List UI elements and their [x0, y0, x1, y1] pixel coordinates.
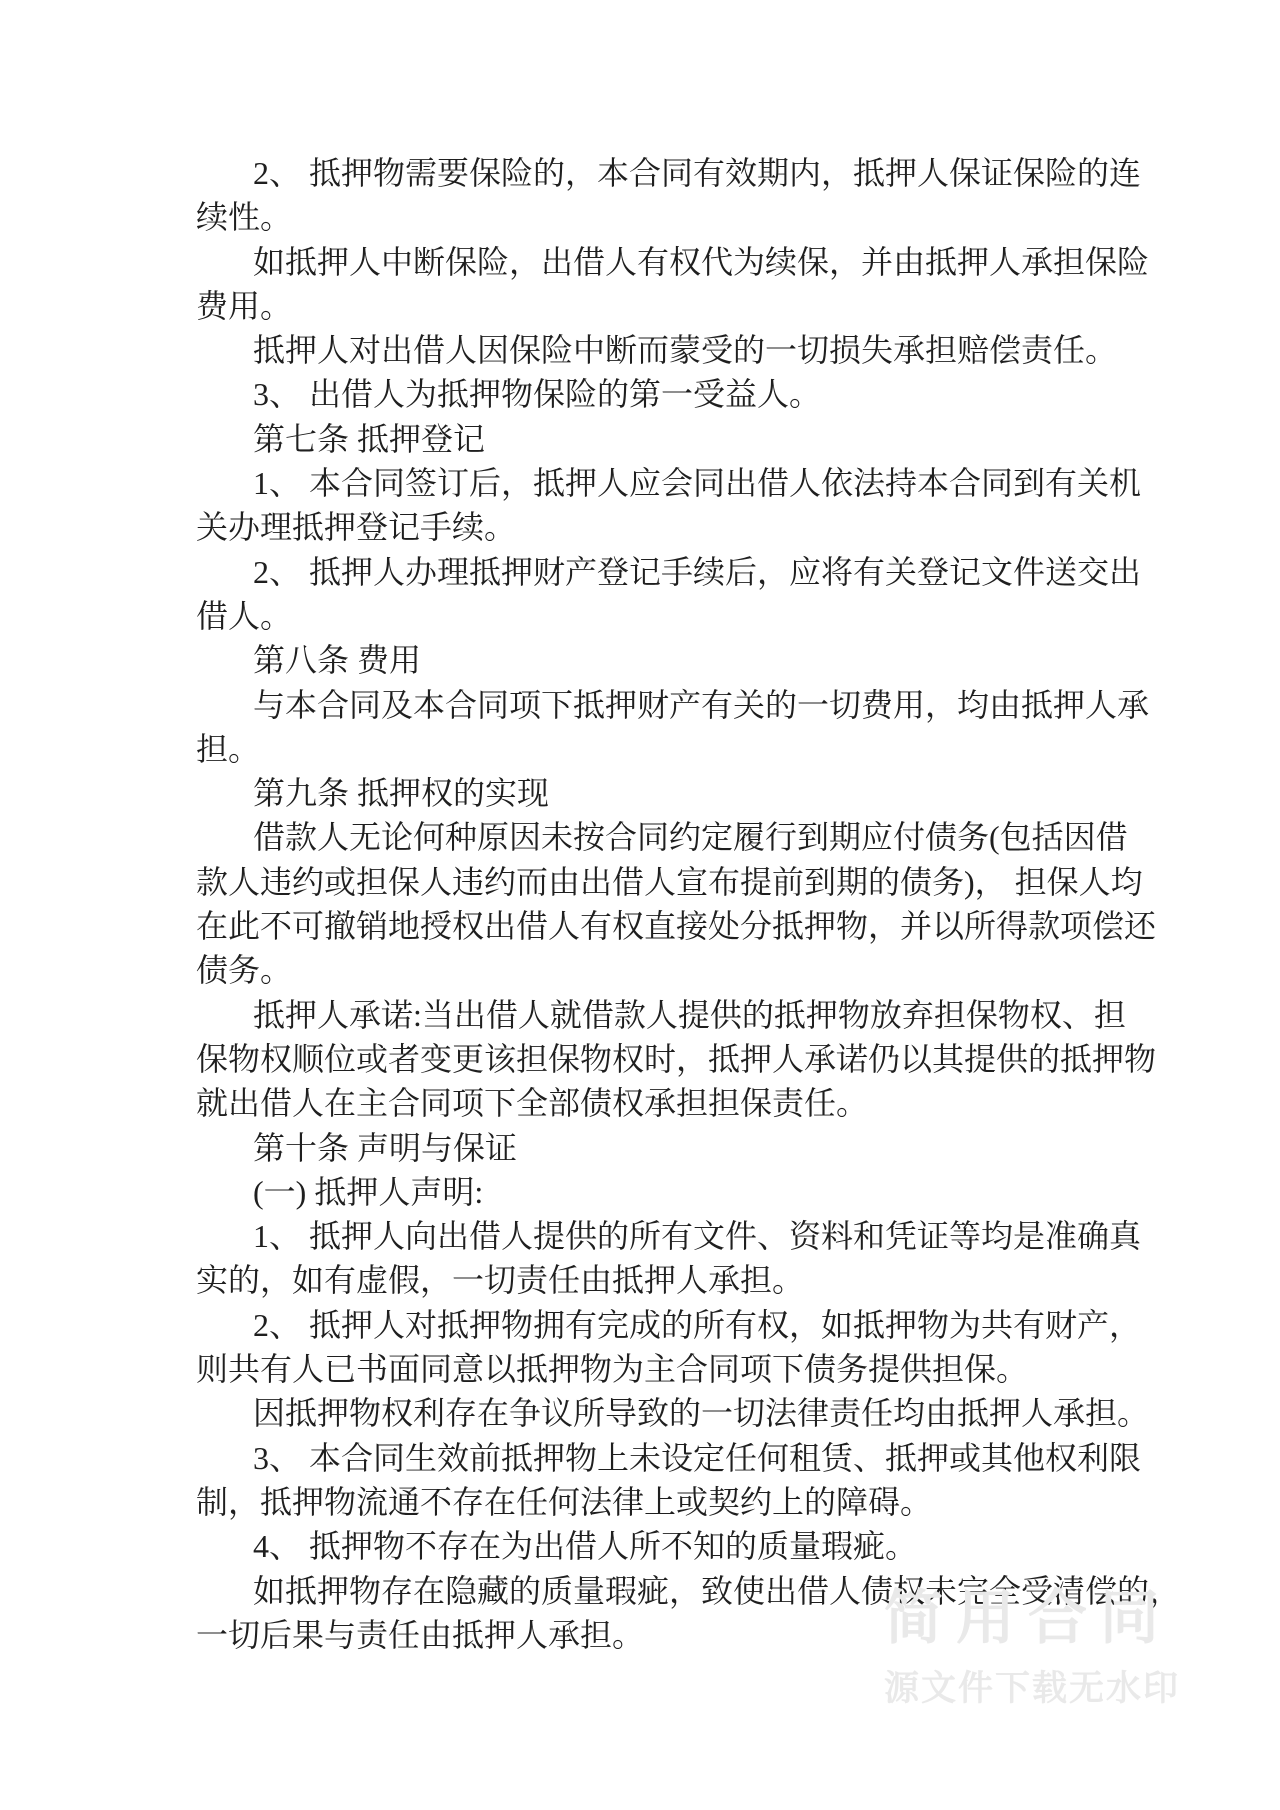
contract-line: 第七条 抵押登记 — [196, 417, 1146, 461]
contract-line: 因抵押物权利存在争议所导致的一切法律责任均由抵押人承担。 — [196, 1391, 1146, 1435]
contract-line: 第十条 声明与保证 — [196, 1126, 1146, 1170]
contract-line: 关办理抵押登记手续。 — [196, 505, 1146, 549]
contract-line: 2、 抵押人对抵押物拥有完成的所有权，如抵押物为共有财产， — [196, 1303, 1146, 1347]
contract-line: (一) 抵押人声明: — [196, 1170, 1146, 1214]
contract-line: 担。 — [196, 727, 1146, 771]
contract-line: 1、 本合同签订后，抵押人应会同出借人依法持本合同到有关机 — [196, 461, 1146, 505]
watermark-subtitle: 源文件下载无水印 — [884, 1671, 1184, 1707]
contract-page: 2、 抵押物需要保险的，本合同有效期内，抵押人保证保险的连续性。如抵押人中断保险… — [0, 0, 1280, 1810]
contract-line: 费用。 — [196, 284, 1146, 328]
contract-line: 款人违约或担保人违约而由出借人宣布提前到期的债务)， 担保人均 — [196, 860, 1146, 904]
contract-line: 一切后果与责任由抵押人承担。 — [196, 1613, 1146, 1657]
contract-line: 1、 抵押人向出借人提供的所有文件、资料和凭证等均是准确真 — [196, 1214, 1146, 1258]
contract-line: 在此不可撤销地授权出借人有权直接处分抵押物，并以所得款项偿还 — [196, 904, 1146, 948]
contract-line: 4、 抵押物不存在为出借人所不知的质量瑕疵。 — [196, 1524, 1146, 1568]
contract-line: 就出借人在主合同项下全部债权承担担保责任。 — [196, 1081, 1146, 1125]
contract-line: 抵押人对出借人因保险中断而蒙受的一切损失承担赔偿责任。 — [196, 328, 1146, 372]
contract-line: 3、 本合同生效前抵押物上未设定任何租赁、抵押或其他权利限 — [196, 1436, 1146, 1480]
contract-line: 与本合同及本合同项下抵押财产有关的一切费用，均由抵押人承 — [196, 683, 1146, 727]
contract-line: 如抵押人中断保险，出借人有权代为续保，并由抵押人承担保险 — [196, 240, 1146, 284]
contract-line: 续性。 — [196, 195, 1146, 239]
contract-line: 3、 出借人为抵押物保险的第一受益人。 — [196, 372, 1146, 416]
contract-line: 保物权顺位或者变更该担保物权时，抵押人承诺仍以其提供的抵押物 — [196, 1037, 1146, 1081]
contract-line: 债务。 — [196, 948, 1146, 992]
contract-line: 第八条 费用 — [196, 638, 1146, 682]
contract-line: 抵押人承诺:当出借人就借款人提供的抵押物放弃担保物权、担 — [196, 993, 1146, 1037]
contract-line: 借人。 — [196, 594, 1146, 638]
contract-line: 则共有人已书面同意以抵押物为主合同项下债务提供担保。 — [196, 1347, 1146, 1391]
contract-line: 如抵押物存在隐藏的质量瑕疵，致使出借人债权未完全受清偿的， — [196, 1569, 1146, 1613]
contract-line: 实的，如有虚假，一切责任由抵押人承担。 — [196, 1258, 1146, 1302]
contract-line: 第九条 抵押权的实现 — [196, 771, 1146, 815]
contract-line: 2、 抵押物需要保险的，本合同有效期内，抵押人保证保险的连 — [196, 151, 1146, 195]
contract-body: 2、 抵押物需要保险的，本合同有效期内，抵押人保证保险的连续性。如抵押人中断保险… — [196, 151, 1146, 1657]
contract-line: 制，抵押物流通不存在任何法律上或契约上的障碍。 — [196, 1480, 1146, 1524]
contract-line: 借款人无论何种原因未按合同约定履行到期应付债务(包括因借 — [196, 815, 1146, 859]
contract-line: 2、 抵押人办理抵押财产登记手续后，应将有关登记文件送交出 — [196, 550, 1146, 594]
